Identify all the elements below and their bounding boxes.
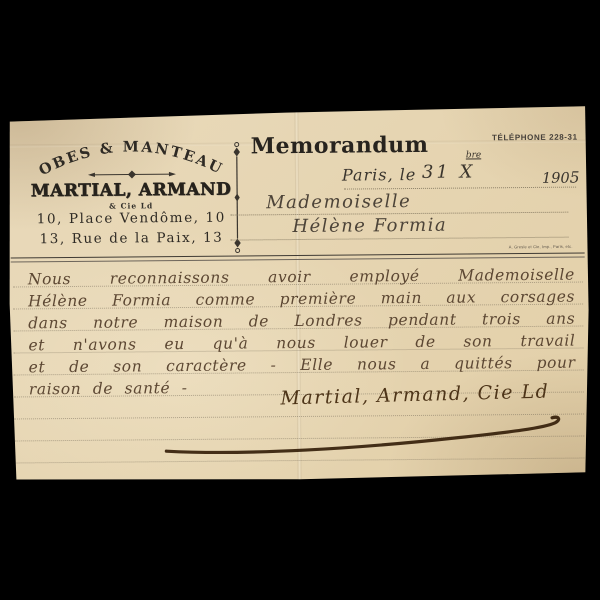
handwritten-line: dans notre maison de Londres pendant tro… [28, 310, 575, 333]
signature-flourish [158, 414, 582, 462]
telephone-number: TÉLÉPHONE 228-31 [486, 133, 578, 143]
memo-title: Memorandum [251, 132, 429, 160]
handwritten-date-month-suffix: bre [466, 150, 481, 160]
photo-background: ROBES & MANTEAUX MARTIAL, ARMAND & Cie L… [0, 0, 600, 600]
printer-imprint: A. Gresle et Cie, Imp., Paris, etc. [457, 245, 572, 251]
address-line-2: 13, Rue de la Paix, 13 [8, 229, 254, 247]
addressee-line-2: Hélène Formia [292, 215, 447, 237]
handwritten-line: Hélène Formia comme première main aux co… [28, 288, 575, 311]
addressee-dotted-line [231, 237, 569, 241]
date-year-printed: 190 [542, 171, 570, 187]
handwritten-line: et de son caractère - Elle nous a quitté… [29, 354, 576, 377]
date-year-written: 5 [570, 169, 580, 187]
document-paper: ROBES & MANTEAUX MARTIAL, ARMAND & Cie L… [7, 105, 590, 482]
handwritten-line: et n'avons eu qu'à nous louer de son tra… [28, 332, 575, 355]
vertical-ornament-icon [230, 141, 245, 253]
handwritten-date-day: 31 X [422, 161, 476, 182]
date-dotted-line [344, 187, 576, 190]
divider-ornament-icon [86, 169, 178, 180]
handwritten-line: Nous reconnaissons avoir employé Mademoi… [28, 266, 575, 289]
date-prefix: Paris, le [342, 165, 416, 185]
date-year: 1905 [542, 169, 580, 187]
brand-name: MARTIAL, ARMAND [8, 179, 254, 201]
address-line-1: 10, Place Vendôme, 10 [8, 209, 254, 227]
addressee-line-1: Mademoiselle [266, 191, 411, 213]
